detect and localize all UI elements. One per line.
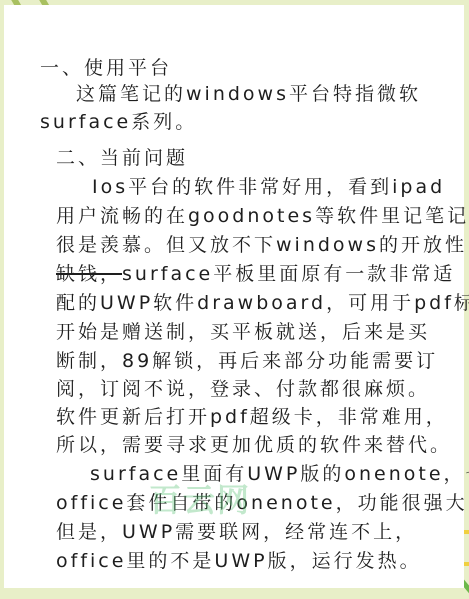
text-line: Ios平台的软件非常好用，看到ipad: [92, 175, 445, 199]
section-1-heading: 一、使用平台: [40, 56, 172, 80]
struck-text: 缺钱，: [56, 263, 122, 285]
text-line: surface里面有UWP版的onenote，也有: [90, 462, 469, 486]
text-line: 但是，UWP需要联网，经常连不上，: [56, 520, 417, 544]
text-line: 很是羡慕。但又放不下windows的开放性: [56, 233, 467, 257]
text-line: 开始是赠送制，买平板就送，后来是买: [56, 320, 430, 344]
text-fragment: surface平板里面原有一款非常适: [122, 263, 455, 285]
text-line: 用户流畅的在goodnotes等软件里记笔记，: [56, 204, 469, 228]
text-line: office里的不是UWP版，运行发热。: [56, 549, 422, 573]
text-line: 软件更新后打开pdf超级卡，非常难用，: [56, 405, 448, 429]
text-line: surface系列。: [40, 110, 197, 134]
note-paper: 一、使用平台 这篇笔记的windows平台特指微软 surface系列。 二、当…: [4, 5, 464, 588]
text-line: 这篇笔记的windows平台特指微软: [76, 82, 421, 106]
text-line: office套件自带的onenote，功能很强大，: [56, 491, 469, 515]
watermark: 百云网: [149, 475, 251, 521]
text-line: 所以，需要寻求更加优质的软件来替代。: [56, 433, 452, 457]
text-line: 断制，89解锁，再后来部分功能需要订: [56, 349, 438, 373]
text-line: 缺钱，surface平板里面原有一款非常适: [56, 262, 455, 286]
text-line: 配的UWP软件drawboard，可用于pdf标注，: [56, 291, 469, 315]
text-line: 阅，订阅不说，登录、付款都很麻烦。: [56, 377, 430, 401]
section-2-heading: 二、当前问题: [56, 146, 188, 170]
